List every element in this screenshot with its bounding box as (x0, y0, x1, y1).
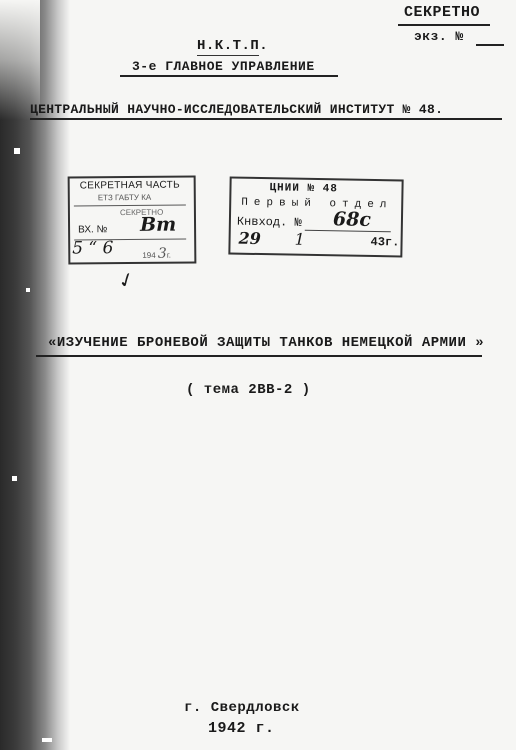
incoming-label: Кнвход. № (237, 215, 302, 230)
classification-label: СЕКРЕТНО (404, 4, 480, 21)
date-handwritten: 5 “ 6 (72, 238, 113, 258)
year: 1942 г. (208, 720, 275, 737)
incoming-number-handwritten: 68с (333, 208, 371, 231)
year-prefix: 194 3г. (142, 246, 171, 262)
institute-name: ЦЕНТРАЛЬНЫЙ НАУЧНО-ИССЛЕДОВАТЕЛЬСКИЙ ИНС… (30, 102, 443, 117)
document-title: «ИЗУЧЕНИЕ БРОНЕВОЙ ЗАЩИТЫ ТАНКОВ НЕМЕЦКО… (48, 335, 484, 351)
topic-code: ( тема 2ВВ-2 ) (186, 382, 311, 398)
stamp-subtitle: ЕТЗ ГАБТУ КА (98, 193, 151, 202)
classification-underline (398, 24, 490, 26)
year-text: 43г. (370, 235, 399, 250)
month-handwritten: 1 (294, 230, 305, 249)
day-handwritten: 29 (238, 229, 261, 248)
incoming-number-handwritten: Вт (140, 214, 176, 236)
city: г. Свердловск (184, 700, 300, 716)
incoming-label: ВХ. № (78, 224, 107, 235)
copy-number-blank (476, 44, 504, 46)
document-page: СЕКРЕТНО экз. № Н.К.Т.П. 3-е ГЛАВНОЕ УПР… (0, 0, 516, 750)
ministry-name: Н.К.Т.П. (197, 38, 268, 54)
stamp-title: СЕКРЕТНАЯ ЧАСТЬ (80, 180, 180, 192)
check-mark-icon: ✓ (114, 266, 138, 294)
first-department-stamp: ЦНИИ № 48 Первый отдел Кнвход. № 68с 29 … (228, 176, 403, 257)
stamp-title: ЦНИИ № 48 (269, 182, 338, 195)
copy-number-label: экз. № (414, 29, 464, 44)
directorate-name: 3-е ГЛАВНОЕ УПРАВЛЕНИЕ (132, 59, 315, 74)
secret-unit-stamp: СЕКРЕТНАЯ ЧАСТЬ ЕТЗ ГАБТУ КА СЕКРЕТНО ВХ… (68, 175, 197, 264)
